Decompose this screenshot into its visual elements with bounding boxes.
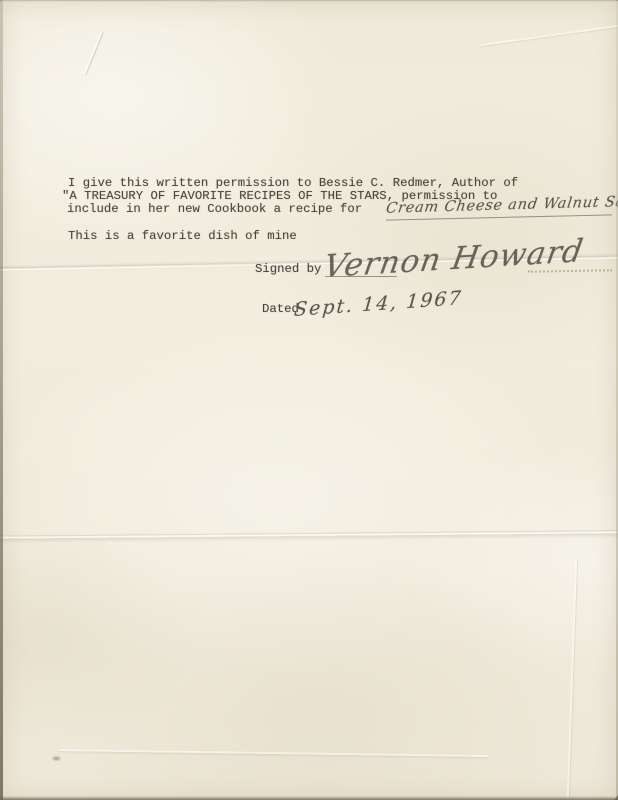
favorite-dish-line: This is a favorite dish of mine	[68, 230, 297, 243]
date-handwritten: Sept. 14, 1967	[293, 287, 463, 321]
permission-line-3: include in her new Cookbook a recipe for	[67, 203, 362, 216]
scan-edge-left	[0, 0, 3, 800]
paper-crease-right-vertical	[567, 558, 577, 798]
scan-edge-top	[0, 0, 618, 2]
scanned-permission-document: I give this written permission to Bessie…	[0, 0, 618, 800]
scan-edge-bottom	[0, 796, 618, 800]
paper-smudge-bottom-left	[52, 756, 61, 761]
paper-crease-top-right	[479, 24, 618, 46]
fold-crease-lower	[0, 530, 618, 538]
paper-crinkle-bottom	[58, 749, 488, 757]
paper-crease-mark-top-left	[83, 31, 102, 74]
signed-by-label: Signed by	[255, 263, 321, 276]
signature-handwritten: Vernon Howard	[321, 233, 586, 285]
